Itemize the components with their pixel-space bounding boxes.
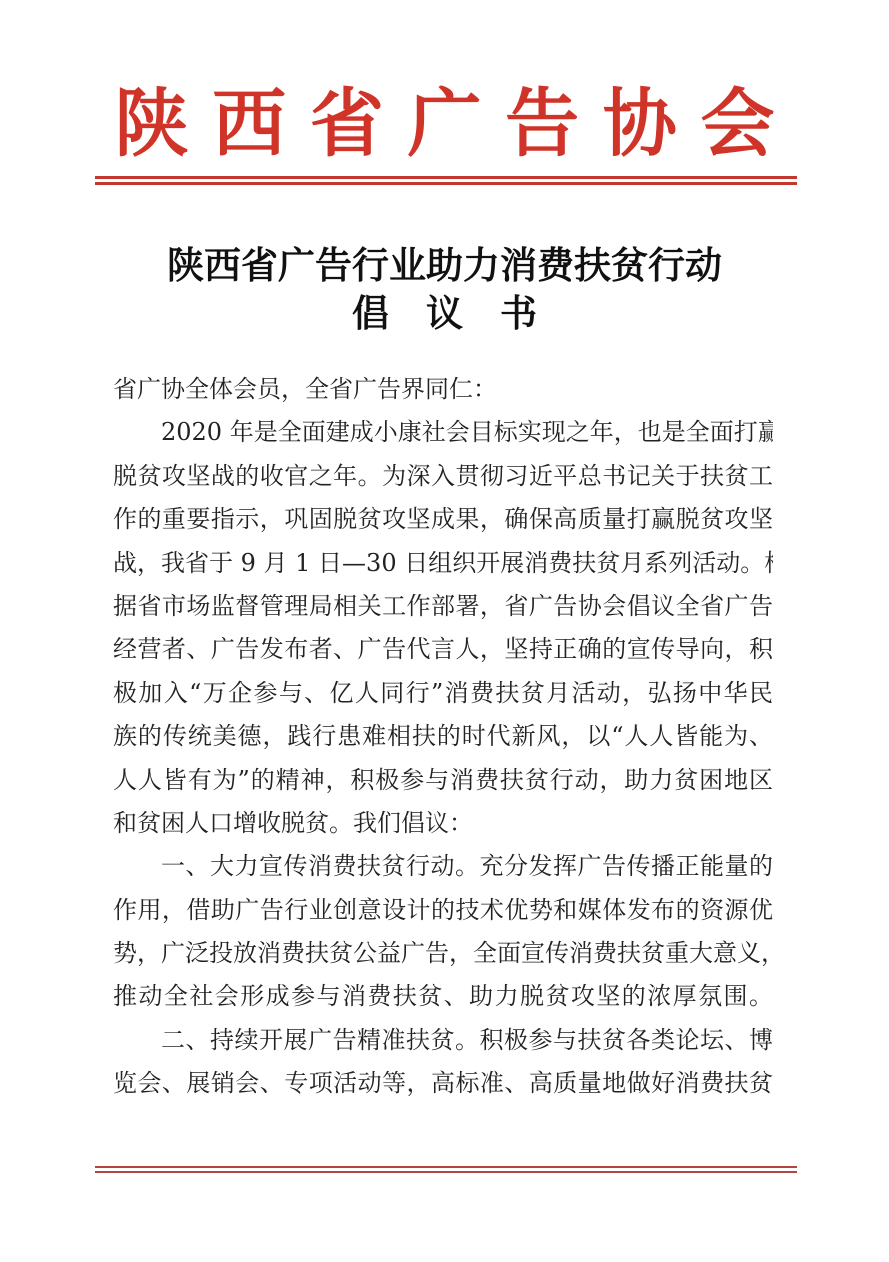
- letterhead-org-name: 陕西省广告协会: [0, 78, 889, 170]
- body-line: 经营者、广告发布者、广告代言人，坚持正确的宣传导向，积: [113, 628, 773, 671]
- body-line: 脱贫攻坚战的收官之年。为深入贯彻习近平总书记关于扶贫工: [113, 455, 773, 498]
- body-line-salutation: 省广协全体会员，全省广告界同仁：: [113, 368, 773, 411]
- document-title: 陕西省广告行业助力消费扶贫行动: [0, 241, 889, 289]
- body-line: 战，我省于 9 月 1 日—30 日组织开展消费扶贫月系列活动。根: [113, 542, 773, 585]
- document-body: 省广协全体会员，全省广告界同仁： 2020 年是全面建成小康社会目标实现之年，也…: [113, 368, 773, 1106]
- body-line: 族的传统美德，践行患难相扶的时代新风，以“人人皆能为、: [113, 715, 773, 758]
- document-page: 陕西省广告协会 陕西省广告行业助力消费扶贫行动 倡议书 省广协全体会员，全省广告…: [0, 0, 889, 1262]
- body-line: 作的重要指示，巩固脱贫攻坚成果，确保高质量打赢脱贫攻坚: [113, 498, 773, 541]
- body-line: 极加入“万企参与、亿人同行”消费扶贫月活动，弘扬中华民: [113, 672, 773, 715]
- body-line: 一、大力宣传消费扶贫行动。充分发挥广告传播正能量的: [113, 845, 773, 888]
- body-line: 二、持续开展广告精准扶贫。积极参与扶贫各类论坛、博: [113, 1019, 773, 1062]
- body-line: 览会、展销会、专项活动等，高标准、高质量地做好消费扶贫: [113, 1062, 773, 1105]
- letterhead-double-rule: [95, 176, 797, 185]
- body-line: 2020 年是全面建成小康社会目标实现之年，也是全面打赢: [113, 411, 773, 454]
- footer-double-rule: [95, 1166, 797, 1173]
- body-line: 推动全社会形成参与消费扶贫、助力脱贫攻坚的浓厚氛围。: [113, 975, 773, 1018]
- document-subtitle: 倡议书: [0, 290, 889, 336]
- body-line: 作用，借助广告行业创意设计的技术优势和媒体发布的资源优: [113, 889, 773, 932]
- body-line: 和贫困人口增收脱贫。我们倡议：: [113, 802, 773, 845]
- body-line: 据省市场监督管理局相关工作部署，省广告协会倡议全省广告: [113, 585, 773, 628]
- body-line: 人人皆有为”的精神，积极参与消费扶贫行动，助力贫困地区: [113, 759, 773, 802]
- body-line: 势，广泛投放消费扶贫公益广告，全面宣传消费扶贫重大意义，: [113, 932, 773, 975]
